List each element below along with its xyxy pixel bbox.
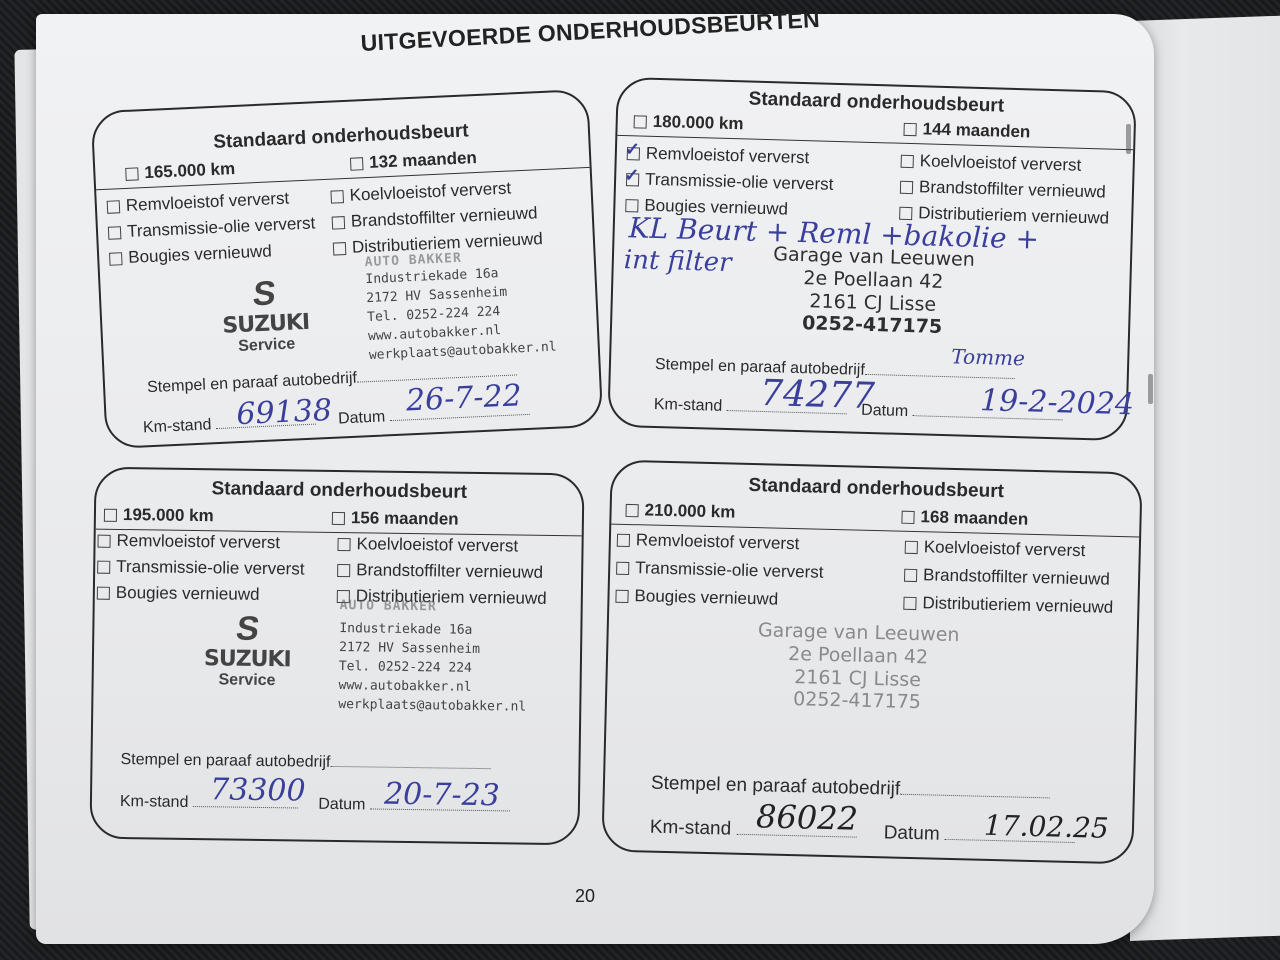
- task-checkbox[interactable]: [901, 154, 914, 167]
- task-item: Remvloeistof ververst: [106, 189, 289, 217]
- task-label: Remvloeistof ververst: [646, 144, 810, 169]
- staple: [1148, 374, 1153, 404]
- suzuki-stamp: S SUZUKI Service: [204, 610, 292, 690]
- dealer-city: 2172 HV Sassenheim: [339, 638, 527, 660]
- handwritten-date: 26-7-22: [405, 378, 522, 418]
- suzuki-logo-icon: S: [202, 610, 294, 647]
- task-checkbox[interactable]: [900, 180, 913, 193]
- km-interval: 210.000 km: [644, 500, 735, 522]
- dealer-web: www.autobakker.nl: [338, 676, 526, 698]
- signature-field[interactable]: [330, 766, 490, 769]
- handwritten-km: 86022: [756, 797, 859, 837]
- handwritten-km: 69138: [236, 393, 333, 432]
- task-label: Bougies vernieuwd: [116, 583, 260, 605]
- months-interval: 156 maanden: [351, 508, 459, 530]
- task-label: Koelvloeistof ververst: [349, 178, 511, 205]
- task-checkbox[interactable]: [615, 589, 628, 602]
- task-label: Transmissie-olie ververst: [116, 557, 305, 580]
- task-label: Brandstoffilter vernieuwd: [356, 560, 543, 583]
- dealer-email: werkplaats@autobakker.nl: [338, 695, 526, 717]
- task-checkbox[interactable]: [330, 190, 344, 204]
- task-label: Koelvloeistof ververst: [924, 537, 1086, 561]
- dealer-stamp: AUTO BAKKER Industriekade 16a 2172 HV Sa…: [338, 620, 527, 717]
- months-checkbox[interactable]: [901, 510, 914, 523]
- task-checkbox[interactable]: [97, 560, 110, 573]
- task-item: Brandstoffilter vernieuwd: [337, 560, 543, 583]
- task-item: Koelvloeistof ververst: [905, 537, 1086, 561]
- task-checkbox[interactable]: [627, 147, 640, 160]
- handwritten-date: 19-2-2024: [980, 383, 1135, 422]
- task-item: Brandstoffilter vernieuwd: [331, 203, 537, 232]
- task-checkbox[interactable]: [109, 252, 123, 266]
- months-checkbox[interactable]: [332, 511, 345, 524]
- km-checkbox[interactable]: [625, 503, 638, 516]
- task-item: Koelvloeistof ververst: [900, 151, 1081, 176]
- task-checkbox[interactable]: [626, 173, 639, 186]
- task-item: Bougies vernieuwd: [615, 586, 778, 610]
- months-interval: 132 maanden: [369, 148, 478, 173]
- garage-stamp: Garage van Leeuwen 2e Poellaan 42 2161 C…: [722, 242, 1024, 342]
- task-item: Transmissie-olie ververst: [626, 169, 834, 195]
- task-label: Brandstoffilter vernieuwd: [923, 565, 1110, 590]
- task-label: Koelvloeistof ververst: [919, 151, 1081, 176]
- suzuki-brand: SUZUKI: [204, 646, 291, 672]
- task-checkbox[interactable]: [332, 216, 346, 230]
- task-item: Remvloeistof ververst: [97, 531, 280, 554]
- task-label: Koelvloeistof ververst: [356, 534, 518, 556]
- task-checkbox[interactable]: [97, 534, 110, 547]
- suzuki-stamp: S SUZUKI Service: [220, 274, 310, 357]
- task-label: Transmissie-olie ververst: [635, 558, 824, 583]
- handwritten-note-2: int filter: [623, 245, 731, 278]
- km-interval: 195.000 km: [123, 505, 214, 526]
- task-checkbox[interactable]: [108, 226, 122, 240]
- task-label: Bougies vernieuwd: [634, 586, 778, 610]
- task-checkbox[interactable]: [904, 568, 917, 581]
- task-label: Bougies vernieuwd: [128, 241, 272, 267]
- task-checkbox[interactable]: [97, 586, 110, 599]
- task-checkbox[interactable]: [337, 537, 350, 550]
- km-interval: 180.000 km: [652, 112, 743, 135]
- signature-field[interactable]: [865, 374, 1015, 379]
- months-interval: 168 maanden: [920, 507, 1028, 530]
- stamp-sign-line: Stempel en paraaf autobedrijf: [120, 751, 490, 774]
- task-checkbox[interactable]: [337, 563, 350, 576]
- task-item: Brandstoffilter vernieuwd: [900, 177, 1106, 203]
- task-item: Transmissie-olie ververst: [616, 558, 824, 583]
- km-interval: 165.000 km: [144, 159, 236, 183]
- dealer-stamp: AUTO BAKKER Industriekade 16a 2172 HV Sa…: [366, 285, 557, 365]
- suzuki-brand: SUZUKI: [222, 310, 310, 339]
- handwritten-signature: Tomme: [951, 344, 1025, 370]
- months-checkbox[interactable]: [350, 157, 364, 171]
- handwritten-km: 74277: [760, 373, 876, 417]
- datum-label: Datum: [318, 796, 365, 814]
- task-label: Transmissie-olie ververst: [127, 213, 316, 242]
- months-interval: 144 maanden: [922, 119, 1030, 142]
- service-card-180000: Standaard onderhoudsbeurt 180.000 km 144…: [607, 77, 1137, 441]
- handwritten-date: 20-7-23: [384, 777, 500, 814]
- task-checkbox[interactable]: [333, 242, 347, 256]
- task-item: Bougies vernieuwd: [109, 241, 272, 268]
- task-checkbox[interactable]: [899, 206, 912, 219]
- service-card-195000: Standaard onderhoudsbeurt 195.000 km 156…: [89, 467, 584, 846]
- task-item: Transmissie-olie ververst: [108, 213, 316, 242]
- task-item: Remvloeistof ververst: [627, 143, 810, 168]
- handwritten-date: 17.02.25: [984, 809, 1109, 845]
- km-checkbox[interactable]: [634, 115, 647, 128]
- task-item: Koelvloeistof ververst: [337, 534, 518, 557]
- task-label: Remvloeistof ververst: [125, 189, 289, 216]
- page-number: 20: [575, 886, 595, 907]
- task-label: Brandstoffilter vernieuwd: [350, 203, 538, 231]
- km-stand-label: Km-stand: [650, 817, 732, 840]
- service-card-210000: Standaard onderhoudsbeurt 210.000 km 168…: [601, 460, 1142, 865]
- service-card-165000: Standaard onderhoudsbeurt 165.000 km 132…: [91, 89, 604, 449]
- dealer-address: Industriekade 16a: [339, 619, 527, 641]
- dealer-name: AUTO BAKKER: [340, 596, 528, 618]
- stamp-sign-label: Stempel en paraaf autobedrijf: [120, 751, 330, 771]
- task-item: Transmissie-olie ververst: [97, 557, 305, 580]
- task-item: Distributieriem vernieuwd: [903, 593, 1113, 618]
- datum-label: Datum: [883, 822, 939, 844]
- task-item: Bougies vernieuwd: [97, 583, 260, 605]
- km-checkbox[interactable]: [125, 167, 139, 181]
- km-stand-label: Km-stand: [120, 793, 189, 811]
- task-label: Distributieriem vernieuwd: [922, 593, 1113, 618]
- suzuki-service: Service: [204, 671, 291, 690]
- task-checkbox[interactable]: [905, 540, 918, 553]
- task-label: Remvloeistof ververst: [116, 531, 280, 553]
- stamp-sign-label: Stempel en paraaf autobedrijf: [651, 773, 901, 800]
- garage-stamp: Garage van Leeuwen 2e Poellaan 42 2161 C…: [717, 618, 999, 716]
- task-label: Transmissie-olie ververst: [645, 170, 834, 195]
- task-checkbox[interactable]: [107, 200, 121, 214]
- handwritten-km: 73300: [210, 772, 306, 808]
- km-stand-label: Km-stand: [143, 416, 212, 436]
- task-label: Brandstoffilter vernieuwd: [919, 177, 1106, 202]
- suzuki-logo-icon: S: [219, 274, 309, 314]
- task-checkbox[interactable]: [617, 533, 630, 546]
- datum-label: Datum: [338, 408, 386, 427]
- signature-field[interactable]: [900, 794, 1050, 799]
- km-stand-label: Km-stand: [654, 396, 723, 415]
- task-checkbox[interactable]: [616, 561, 629, 574]
- task-item: Brandstoffilter vernieuwd: [904, 565, 1110, 590]
- km-checkbox[interactable]: [104, 508, 117, 521]
- task-label: Remvloeistof ververst: [636, 530, 800, 554]
- task-item: Remvloeistof ververst: [617, 530, 800, 554]
- task-checkbox[interactable]: [625, 199, 638, 212]
- dealer-phone: Tel. 0252-224 224: [339, 657, 527, 679]
- task-item: Koelvloeistof ververst: [330, 178, 511, 206]
- months-checkbox[interactable]: [903, 122, 916, 135]
- task-checkbox[interactable]: [903, 596, 916, 609]
- card-title: Standaard onderhoudsbeurt: [96, 477, 582, 506]
